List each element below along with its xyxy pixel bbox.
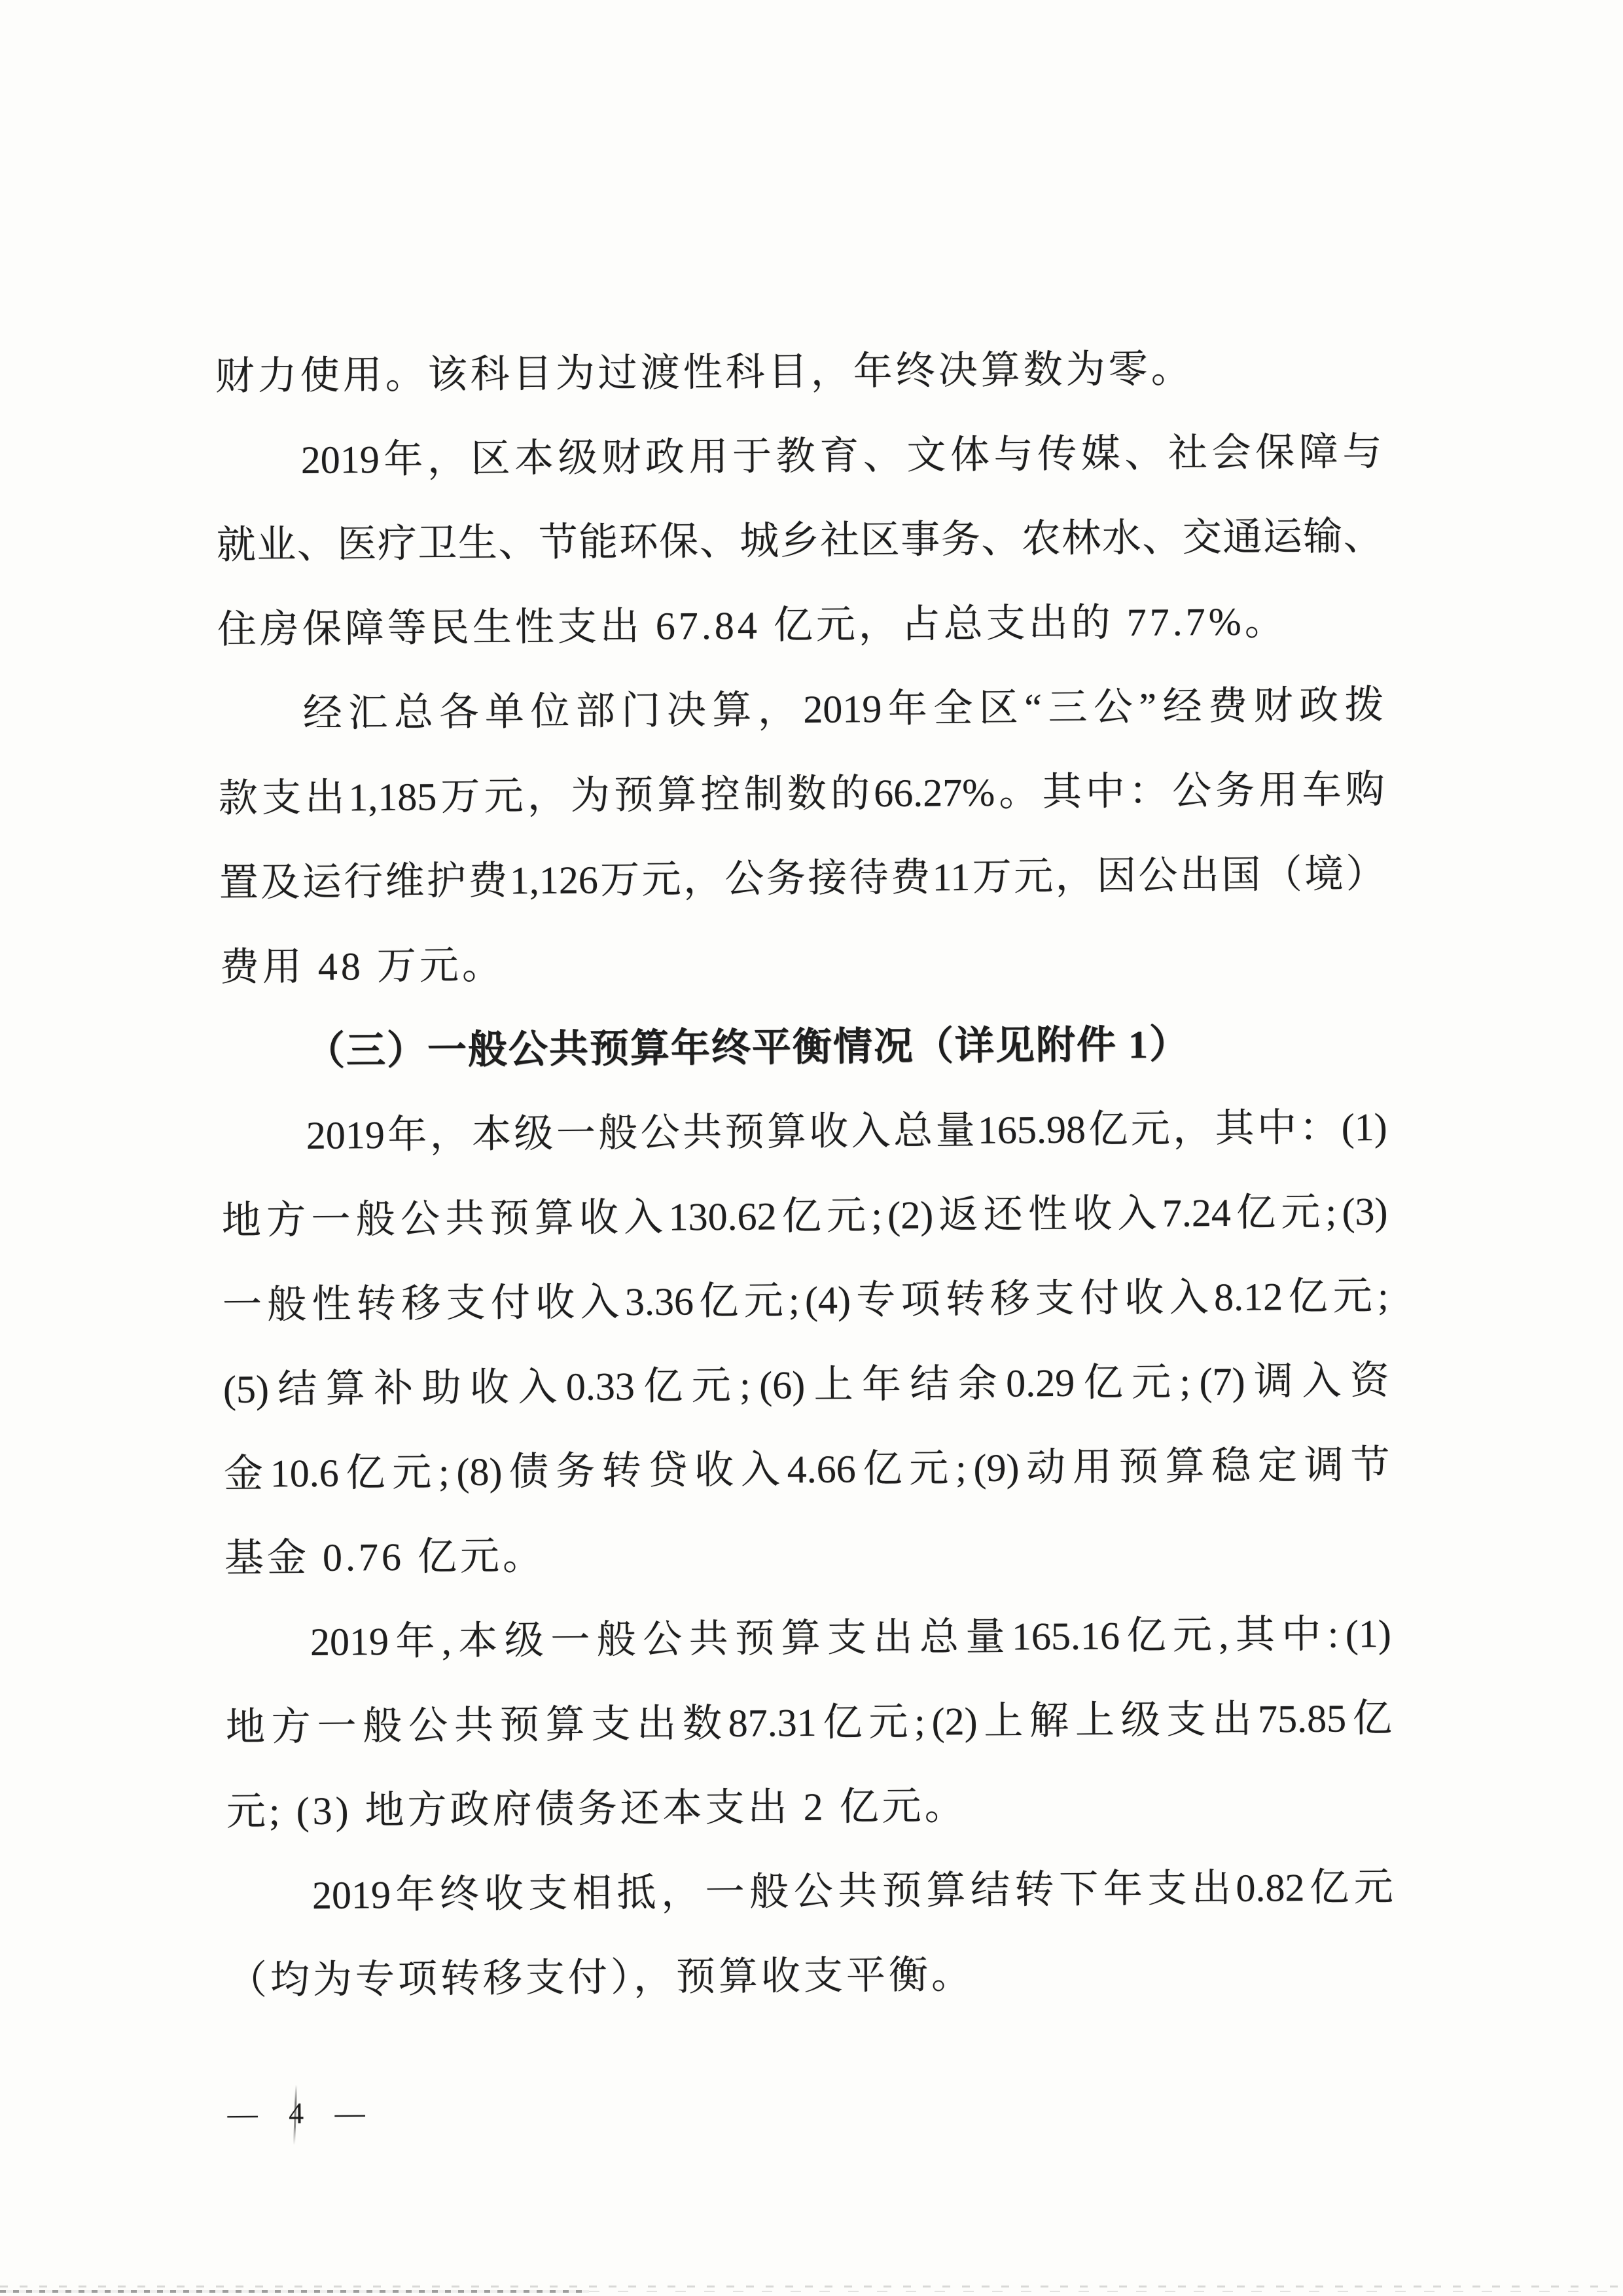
text-line: 费用 48 万元。	[219, 916, 1386, 1010]
scanned-page: 财力使用。该科目为过渡性科目，年终决算数为零。2019年，区本级财政用于教育、文…	[0, 0, 1623, 2296]
text-line: 元; (3) 地方政府债务还本支出 2 亿元。	[226, 1761, 1393, 1854]
text-line: 2019年，本级一般公共预算收入总量165.98亿元，其中：(1)	[221, 1085, 1387, 1179]
text-line: （均为专项转移支付），预算收支平衡。	[228, 1929, 1395, 2023]
text-line: 就业、医疗卫生、节能环保、城乡社区事务、农林水、交通运输、	[216, 494, 1383, 588]
scan-noise-bottom-left	[0, 2290, 589, 2293]
page-content: 财力使用。该科目为过渡性科目，年终决算数为零。2019年，区本级财政用于教育、文…	[0, 0, 1623, 2296]
section-heading: （三）一般公共预算年终平衡情况（详见附件 1）	[220, 1001, 1387, 1094]
text-line: 基金 0.76 亿元。	[224, 1507, 1391, 1601]
text-line: 2019年，区本级财政用于教育、文体与传媒、社会保障与	[215, 410, 1382, 503]
page-number: — 4 —	[227, 2092, 374, 2135]
text-line: 2019年,本级一般公共预算支出总量165.16亿元,其中:(1)	[224, 1592, 1391, 1685]
text-line: 经汇总各单位部门决算，2019年全区“三公”经费财政拨	[217, 663, 1384, 757]
text-line: 财力使用。该科目为过渡性科目，年终决算数为零。	[215, 325, 1382, 419]
text-line: 住房保障等民生性支出 67.84 亿元，占总支出的 77.7%。	[217, 579, 1383, 672]
text-line: 金10.6亿元;(8)债务转贷收入4.66亿元;(9)动用预算稳定调节	[223, 1423, 1390, 1516]
text-line: 款支出1,185万元，为预算控制数的66.27%。其中：公务用车购	[218, 747, 1385, 841]
text-line: 地方一般公共预算支出数87.31亿元;(2)上解上级支出75.85亿	[225, 1676, 1392, 1770]
text-line: 置及运行维护费1,126万元，公务接待费11万元，因公出国（境）	[219, 832, 1385, 925]
body-text: 财力使用。该科目为过渡性科目，年终决算数为零。2019年，区本级财政用于教育、文…	[215, 325, 1394, 2023]
text-line: 2019年终收支相抵，一般公共预算结转下年支出0.82亿元	[227, 1845, 1394, 1939]
scan-noise-bottom	[0, 2286, 1623, 2287]
text-line: (5)结算补助收入0.33亿元;(6)上年结余0.29亿元;(7)调入资	[223, 1338, 1389, 1432]
scan-noise-bottom-right	[589, 2291, 1623, 2292]
text-line: 地方一般公共预算收入130.62亿元;(2)返还性收入7.24亿元;(3)	[221, 1170, 1388, 1263]
text-line: 一般性转移支付收入3.36亿元;(4)专项转移支付收入8.12亿元;	[222, 1254, 1389, 1348]
